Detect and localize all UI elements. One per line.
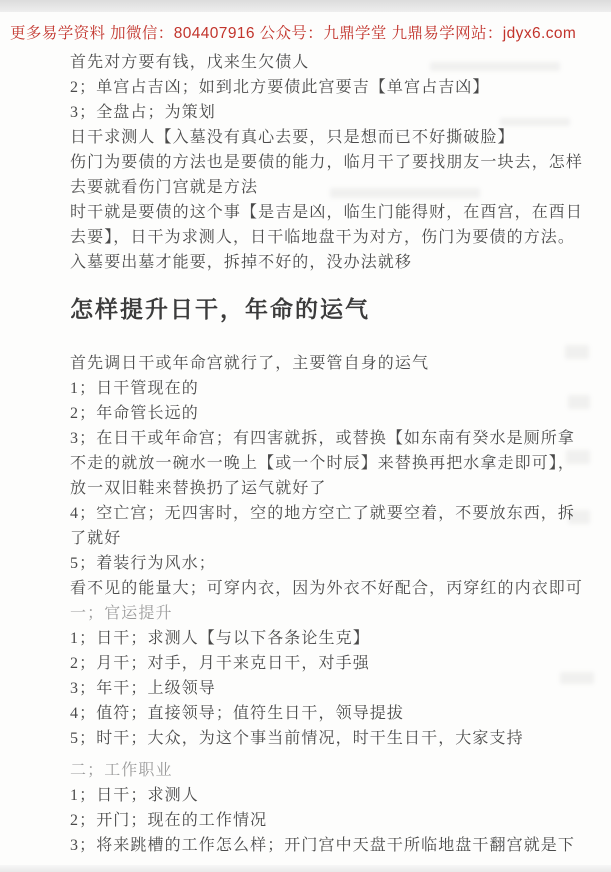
text-line: 首先对方要有钱，戊来生欠债人 bbox=[70, 50, 600, 75]
section-heading: 怎样提升日干，年命的运气 bbox=[70, 293, 600, 327]
scan-bottom-edge bbox=[0, 865, 611, 872]
paragraph-improve-luck: 首先调日干或年命宫就行了，主要管自身的运气 1；日干管现在的 2；年命管长远的 … bbox=[70, 351, 600, 601]
text-line: 3；将来跳槽的工作怎么样；开门宫中天盘干所临地盘干翻宫就是下 bbox=[70, 833, 600, 858]
paragraph-debt-collection: 首先对方要有钱，戊来生欠债人 2；单宫占吉凶；如到北方要债此宫要吉【单宫占吉凶】… bbox=[70, 50, 600, 275]
text-line: 4；值符；直接领导；值符生日干，领导提拔 bbox=[70, 701, 600, 726]
text-line: 首先调日干或年命宫就行了，主要管自身的运气 bbox=[70, 351, 600, 376]
text-line: 3；全盘占；为策划 bbox=[70, 100, 600, 125]
document-body: 首先对方要有钱，戊来生欠债人 2；单宫占吉凶；如到北方要债此宫要吉【单宫占吉凶】… bbox=[70, 50, 600, 858]
text-line: 2；开门；现在的工作情况 bbox=[70, 808, 600, 833]
text-line: 去要】，日干为求测人，日干临地盘干为对方，伤门为要债的方法。 bbox=[70, 225, 600, 250]
subsection-officials: 一；官运提升 1；日干；求测人【与以下各条论生克】 2；月干；对手，月干来克日干… bbox=[70, 601, 600, 751]
text-line: 伤门为要债的方法也是要债的能力，临月干了要找朋友一块去，怎样 bbox=[70, 150, 600, 175]
text-line: 看不见的能量大；可穿内衣，因为外衣不好配合，丙穿红的内衣即可 bbox=[70, 576, 600, 601]
text-line: 2；年命管长远的 bbox=[70, 401, 600, 426]
text-line: 1；日干管现在的 bbox=[70, 376, 600, 401]
scan-top-edge bbox=[0, 0, 611, 12]
subsection-label-officials: 一；官运提升 bbox=[70, 601, 600, 626]
promo-header: 更多易学资料 加微信：804407916 公众号：九鼎学堂 九鼎易学网站：jdy… bbox=[10, 21, 607, 43]
text-line: 1；日干；求测人 bbox=[70, 783, 600, 808]
text-line: 3；年干；上级领导 bbox=[70, 676, 600, 701]
scanned-document-page: { "header": { "text": "更多易学资料 加微信：804407… bbox=[0, 0, 611, 872]
text-line: 5；时干；大众，为这个事当前情况，时干生日干，大家支持 bbox=[70, 726, 600, 751]
text-line: 2；月干；对手，月干来克日干，对手强 bbox=[70, 651, 600, 676]
subsection-label-work: 二；工作职业 bbox=[70, 758, 600, 783]
text-line: 5；着装行为风水； bbox=[70, 551, 600, 576]
text-line: 2；单宫占吉凶；如到北方要债此宫要吉【单宫占吉凶】 bbox=[70, 75, 600, 100]
text-line: 时干就是要债的这个事【是吉是凶，临生门能得财，在酉宫，在酉日 bbox=[70, 200, 600, 225]
text-line: 放一双旧鞋来替换扔了运气就好了 bbox=[70, 476, 600, 501]
text-line: 不走的就放一碗水一晚上【或一个时辰】来替换再把水拿走即可】， bbox=[70, 451, 600, 476]
text-line: 日干求测人【入墓没有真心去要，只是想而已不好撕破脸】 bbox=[70, 125, 600, 150]
text-line: 去要就看伤门宫就是方法 bbox=[70, 175, 600, 200]
text-line: 1；日干；求测人【与以下各条论生克】 bbox=[70, 626, 600, 651]
promo-header-text: 更多易学资料 加微信：804407916 公众号：九鼎学堂 九鼎易学网站：jdy… bbox=[10, 25, 576, 42]
text-line: 了就好 bbox=[70, 526, 600, 551]
text-line: 4；空亡宫；无四害时，空的地方空亡了就要空着，不要放东西，拆 bbox=[70, 501, 600, 526]
text-line: 入墓要出墓才能要，拆掉不好的，没办法就移 bbox=[70, 250, 600, 275]
text-line: 3；在日干或年命宫；有四害就拆，或替换【如东南有癸水是厕所拿 bbox=[70, 426, 600, 451]
subsection-work: 二；工作职业 1；日干；求测人 2；开门；现在的工作情况 3；将来跳槽的工作怎么… bbox=[70, 758, 600, 858]
